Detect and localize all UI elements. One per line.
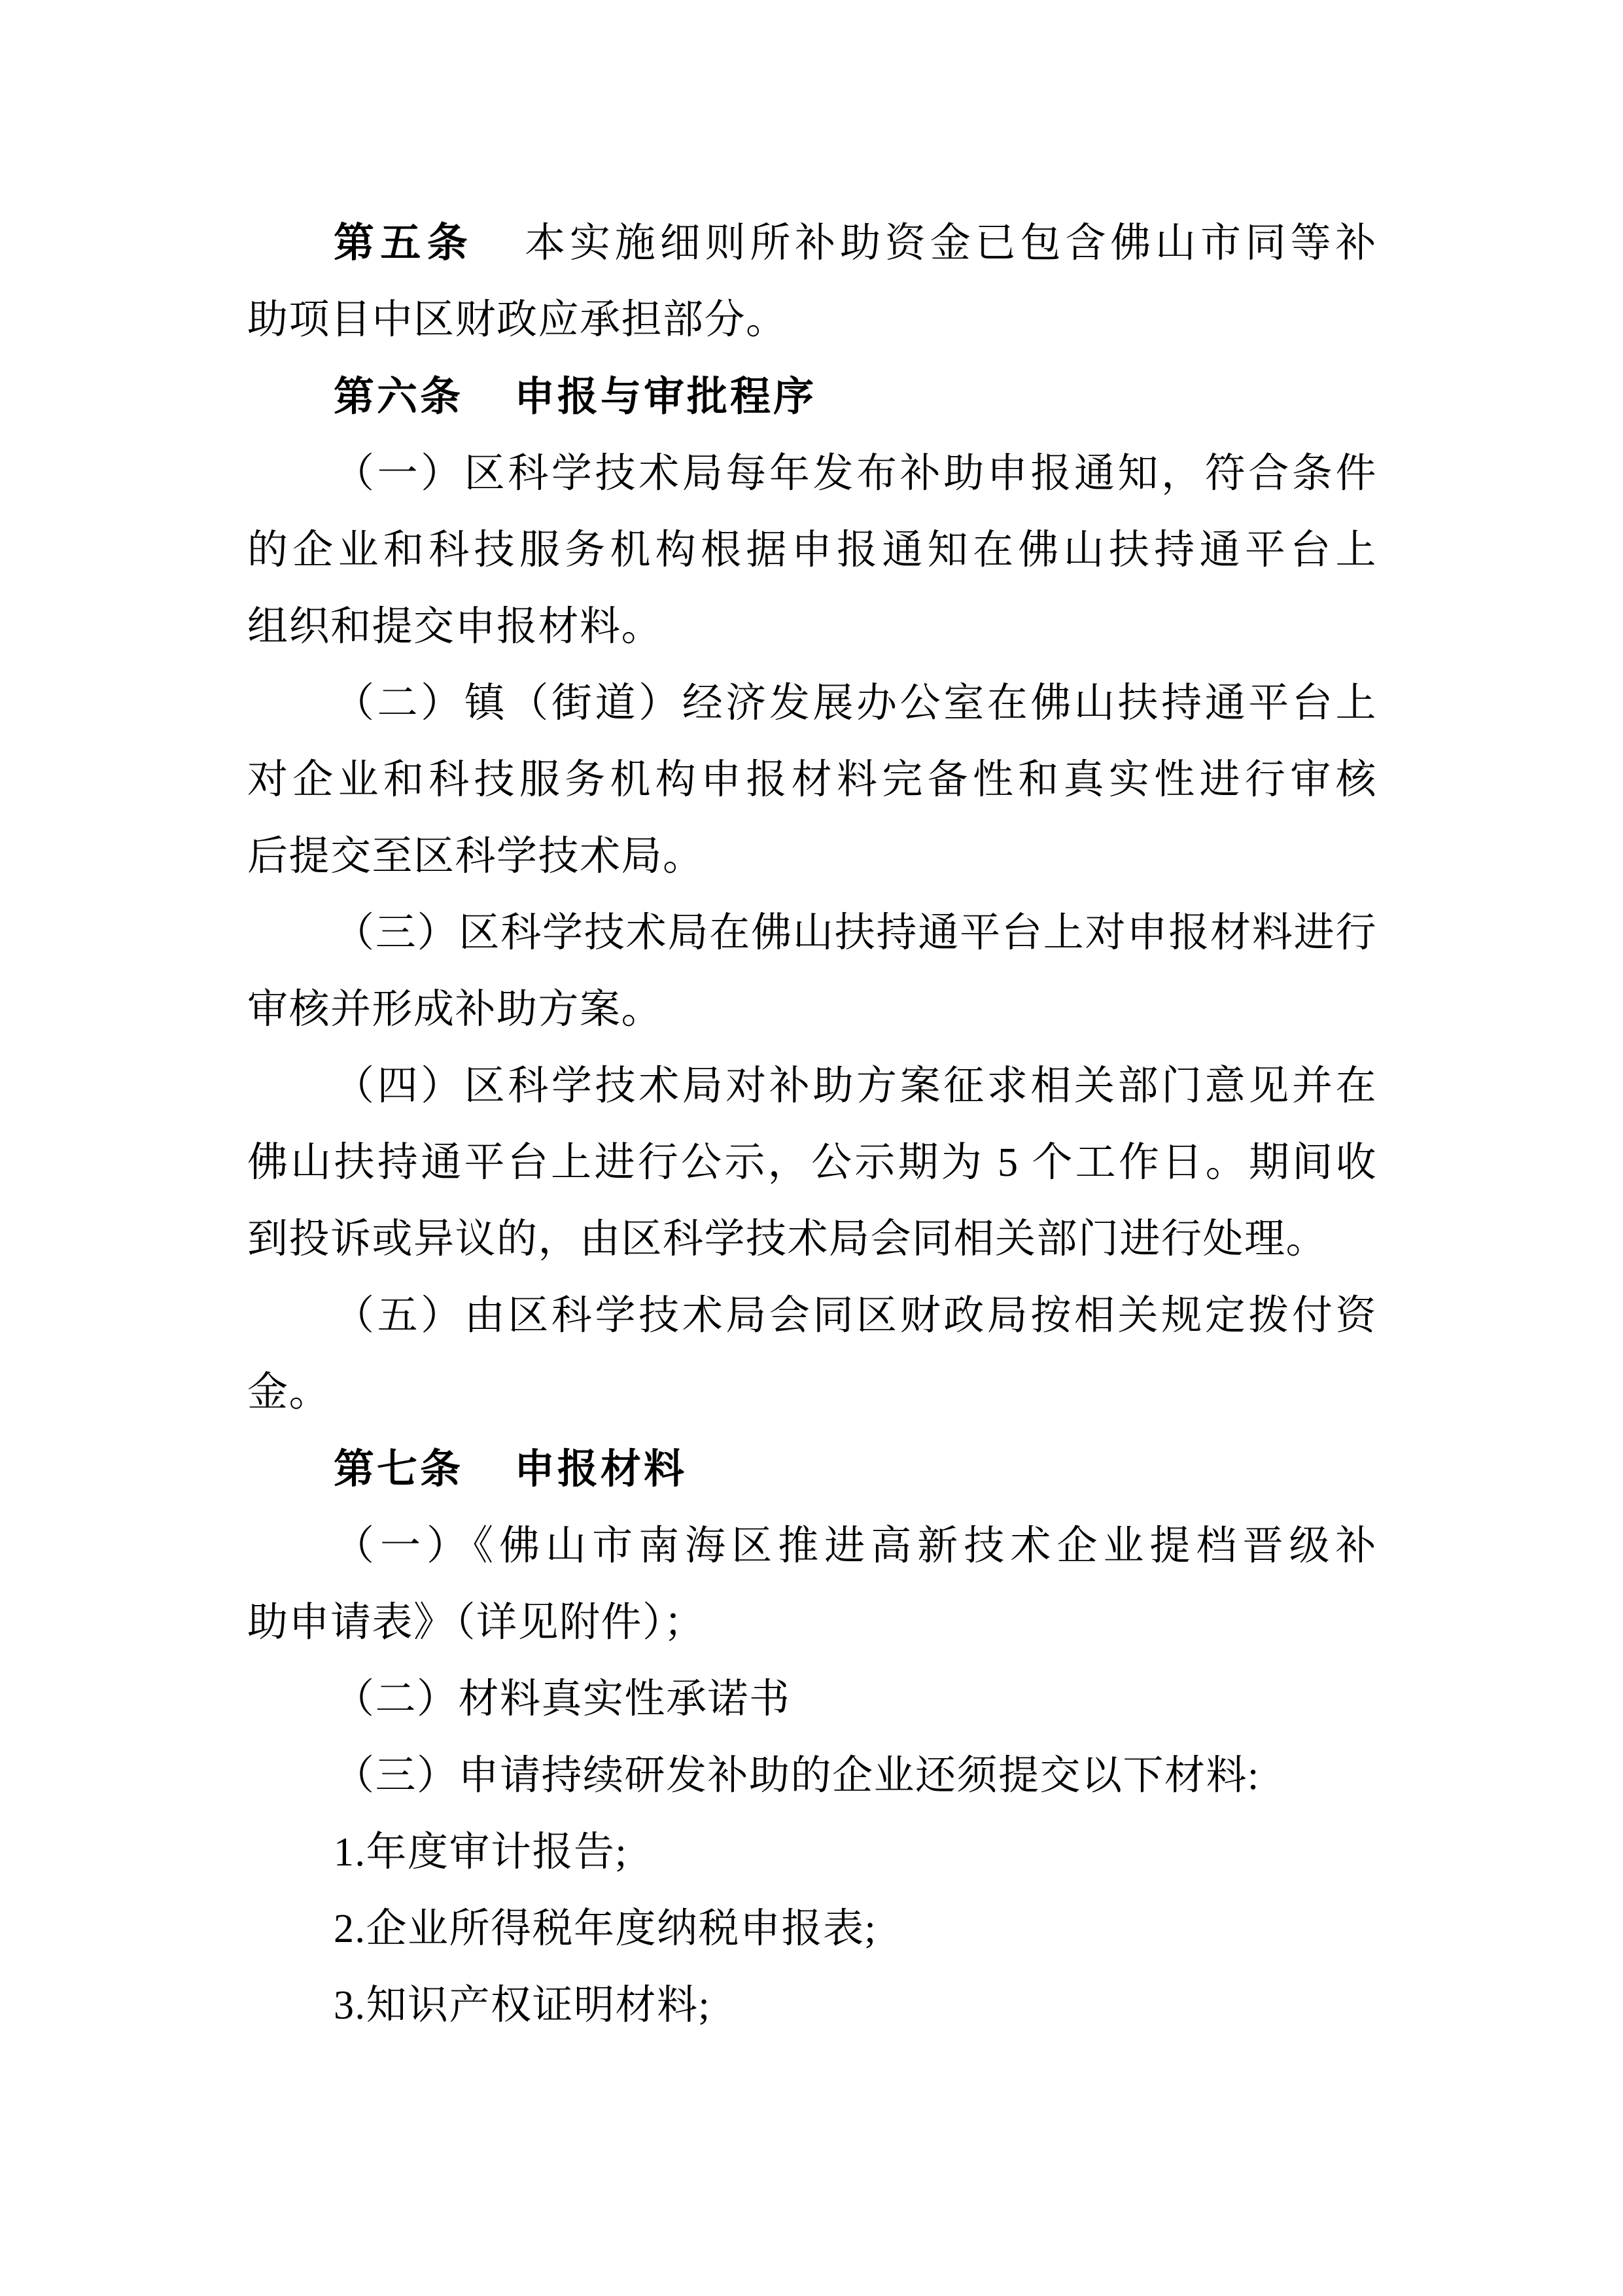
list-item: 3.知识产权证明材料;: [247, 1968, 1377, 2044]
text-line: 金。: [247, 1354, 1377, 1431]
text-line: 后提交至区科学技术局。: [247, 819, 1377, 895]
text-line: （二）镇（街道）经济发展办公室在佛山扶持通平台上: [247, 665, 1377, 742]
text-line: 佛山扶持通平台上进行公示，公示期为 5 个工作日。期间收: [247, 1125, 1377, 1201]
list-item: 1.年度审计报告;: [247, 1814, 1377, 1891]
article-6-heading: 第六条: [334, 374, 463, 419]
text-line: 到投诉或异议的，由区科学技术局会同相关部门进行处理。: [247, 1201, 1377, 1278]
text-line: 第六条申报与审批程序: [247, 359, 1377, 436]
text-line: 组织和提交申报材料。: [247, 589, 1377, 665]
document-page: 第五条本实施细则所补助资金已包含佛山市同等补 助项目中区财政应承担部分。 第六条…: [0, 0, 1623, 2296]
text-line: 第五条本实施细则所补助资金已包含佛山市同等补: [247, 205, 1377, 282]
text-line: 助项目中区财政应承担部分。: [247, 282, 1377, 359]
text-line: 的企业和科技服务机构根据申报通知在佛山扶持通平台上: [247, 512, 1377, 589]
text-line: （一）区科学技术局每年发布补助申报通知，符合条件: [247, 436, 1377, 512]
text-line: 第七条申报材料: [247, 1431, 1377, 1508]
text-line: （三）申请持续研发补助的企业还须提交以下材料:: [247, 1738, 1377, 1814]
article-7-title: 申报材料: [514, 1447, 687, 1492]
text-line: 审核并形成补助方案。: [247, 972, 1377, 1048]
text-line: （三）区科学技术局在佛山扶持通平台上对申报材料进行: [247, 895, 1377, 972]
article-6-title: 申报与审批程序: [514, 374, 816, 419]
text-line: （五）由区科学技术局会同区财政局按相关规定拨付资: [247, 1278, 1377, 1354]
article-7-heading: 第七条: [334, 1447, 463, 1492]
text-line: 助申请表》（详见附件）；: [247, 1585, 1377, 1661]
article-5-heading: 第五条: [334, 221, 474, 266]
text-line: （二）材料真实性承诺书: [247, 1661, 1377, 1738]
text-line: （四）区科学技术局对补助方案征求相关部门意见并在: [247, 1048, 1377, 1125]
text-line: 对企业和科技服务机构申报材料完备性和真实性进行审核: [247, 742, 1377, 819]
list-item: 2.企业所得税年度纳税申报表;: [247, 1891, 1377, 1968]
document-text-block: 第五条本实施细则所补助资金已包含佛山市同等补 助项目中区财政应承担部分。 第六条…: [247, 205, 1377, 2044]
article-5-text: 本实施细则所补助资金已包含佛山市同等补: [525, 221, 1377, 266]
text-line: （一）《佛山市南海区推进高新技术企业提档晋级补: [247, 1508, 1377, 1585]
